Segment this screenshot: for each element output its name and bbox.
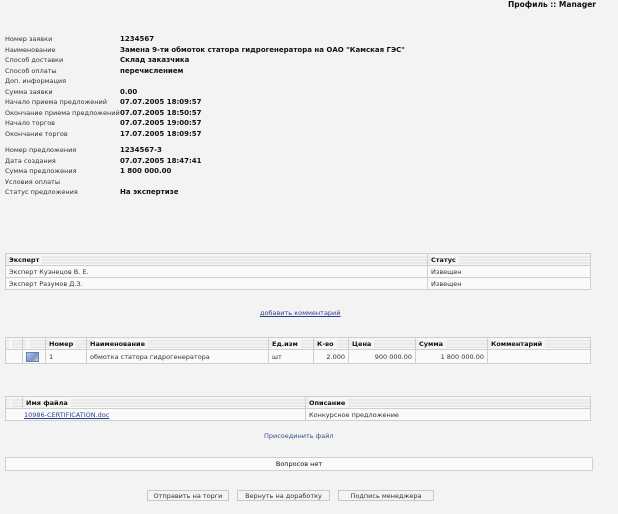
expert-status: Извещен	[428, 278, 591, 290]
offer-label: Дата создания	[5, 156, 120, 167]
table-row[interactable]: Эксперт Кузнецов В. Е. Извещен	[6, 266, 591, 278]
info-value: 1234567	[120, 34, 154, 45]
column-header-qty[interactable]: К-во	[314, 338, 349, 350]
info-row: Доп. информация	[5, 76, 405, 87]
offer-row: Статус предложенияНа экспертизе	[5, 187, 405, 198]
offer-row: Номер предложения1234567-3	[5, 145, 405, 156]
info-label: Сумма заявки	[5, 87, 120, 98]
column-header-description[interactable]: Описание	[306, 397, 591, 409]
item-comment	[488, 350, 591, 364]
expert-name: Эксперт Разумов Д.З.	[6, 278, 428, 290]
questions-text: Вопросов нет	[276, 460, 322, 468]
info-value: 0.00	[120, 87, 137, 98]
column-header-number[interactable]: Номер	[46, 338, 87, 350]
send-to-auction-button[interactable]: Отправить на торги	[147, 490, 229, 501]
column-header-price[interactable]: Цена	[349, 338, 416, 350]
info-row: Начало торгов07.07.2005 19:00:57	[5, 118, 405, 129]
offer-value: На экспертизе	[120, 187, 178, 198]
info-row: Способ оплатыперечислением	[5, 66, 405, 77]
column-header-sum[interactable]: Сумма	[416, 338, 488, 350]
experts-table: Эксперт Статус Эксперт Кузнецов В. Е. Из…	[5, 253, 591, 290]
files-table: Имя файла Описание 10986-CERTIFICATION.d…	[5, 396, 591, 421]
offer-value: 07.07.2005 18:47:41	[120, 156, 202, 167]
questions-box: Вопросов нет	[5, 457, 593, 471]
table-row[interactable]: 10986-CERTIFICATION.doc Конкурсное предл…	[6, 409, 591, 421]
info-label: Номер заявки	[5, 34, 120, 45]
offer-label: Сумма предложения	[5, 166, 120, 177]
item-price: 900 000.00	[349, 350, 416, 364]
info-row: Номер заявки1234567	[5, 34, 405, 45]
info-label: Способ оплаты	[5, 66, 120, 77]
info-row: Сумма заявки0.00	[5, 87, 405, 98]
info-value: 07.07.2005 18:50:57	[120, 108, 202, 119]
table-header: Эксперт Статус	[6, 254, 591, 266]
item-number: 1	[46, 350, 87, 364]
column-header-name[interactable]: Наименование	[87, 338, 269, 350]
column-header-unit[interactable]: Ед.изм	[269, 338, 314, 350]
file-description: Конкурсное предложение	[306, 409, 591, 421]
info-label: Начало приема предложений	[5, 97, 120, 108]
info-row: Способ доставкиСклад заказчика	[5, 55, 405, 66]
column-header-comment[interactable]: Комментарий	[488, 338, 591, 350]
info-label: Начало торгов	[5, 118, 120, 129]
select-cell[interactable]	[6, 350, 23, 364]
info-row: Окончание приема предложений07.07.2005 1…	[5, 108, 405, 119]
offer-value: 1234567-3	[120, 145, 162, 156]
request-info: Номер заявки1234567 НаименованиеЗамена 9…	[5, 34, 405, 198]
attach-file-link[interactable]: Присоединить файл	[264, 432, 334, 440]
offer-row: Условия оплаты	[5, 177, 405, 188]
info-row: НаименованиеЗамена 9-ти обмоток статора …	[5, 45, 405, 56]
item-unit: шт	[269, 350, 314, 364]
info-value: перечислением	[120, 66, 183, 77]
table-row[interactable]: 1 обмотка статора гидрогенератора шт 2.0…	[6, 350, 591, 364]
offer-row: Дата создания07.07.2005 18:47:41	[5, 156, 405, 167]
info-label: Доп. информация	[5, 76, 120, 87]
action-buttons: Отправить на торги Вернуть на доработку …	[147, 490, 434, 501]
table-header: Номер Наименование Ед.изм К-во Цена Сумм…	[6, 338, 591, 350]
profile-label: Профиль :: Manager	[508, 0, 596, 10]
expert-name: Эксперт Кузнецов В. Е.	[6, 266, 428, 278]
info-label: Наименование	[5, 45, 120, 56]
offer-label: Условия оплаты	[5, 177, 120, 188]
image-icon[interactable]	[26, 352, 39, 362]
icon-cell[interactable]	[23, 350, 46, 364]
column-header-select[interactable]	[6, 338, 23, 350]
column-header-icon[interactable]	[23, 338, 46, 350]
file-link[interactable]: 10986-CERTIFICATION.doc	[24, 411, 109, 419]
item-name: обмотка статора гидрогенератора	[87, 350, 269, 364]
add-comment-link[interactable]: добавить комментарий	[260, 309, 341, 317]
info-value: 07.07.2005 18:09:57	[120, 97, 202, 108]
offer-row: Сумма предложения1 800 000.00	[5, 166, 405, 177]
offer-value: 1 800 000.00	[120, 166, 171, 177]
info-value: Склад заказчика	[120, 55, 189, 66]
manager-signature-button[interactable]: Подпись менеджера	[338, 490, 434, 501]
expert-status: Извещен	[428, 266, 591, 278]
column-header-select[interactable]	[6, 397, 23, 409]
info-label: Окончание торгов	[5, 129, 120, 140]
offer-label: Номер предложения	[5, 145, 120, 156]
column-header-status[interactable]: Статус	[428, 254, 591, 266]
item-sum: 1 800 000.00	[416, 350, 488, 364]
info-row: Окончание торгов17.07.2005 18:09:57	[5, 129, 405, 140]
return-for-revision-button[interactable]: Вернуть на доработку	[237, 490, 330, 501]
info-row: Начало приема предложений07.07.2005 18:0…	[5, 97, 405, 108]
items-table: Номер Наименование Ед.изм К-во Цена Сумм…	[5, 337, 591, 364]
info-label: Окончание приема предложений	[5, 108, 120, 119]
info-label: Способ доставки	[5, 55, 120, 66]
info-value: Замена 9-ти обмоток статора гидрогенерат…	[120, 45, 405, 56]
info-value: 17.07.2005 18:09:57	[120, 129, 202, 140]
info-value: 07.07.2005 19:00:57	[120, 118, 202, 129]
column-header-expert[interactable]: Эксперт	[6, 254, 428, 266]
table-row[interactable]: Эксперт Разумов Д.З. Извещен	[6, 278, 591, 290]
column-header-filename[interactable]: Имя файла	[23, 397, 306, 409]
table-header: Имя файла Описание	[6, 397, 591, 409]
offer-label: Статус предложения	[5, 187, 120, 198]
file-cell[interactable]: 10986-CERTIFICATION.doc	[6, 409, 306, 421]
item-qty: 2.000	[314, 350, 349, 364]
